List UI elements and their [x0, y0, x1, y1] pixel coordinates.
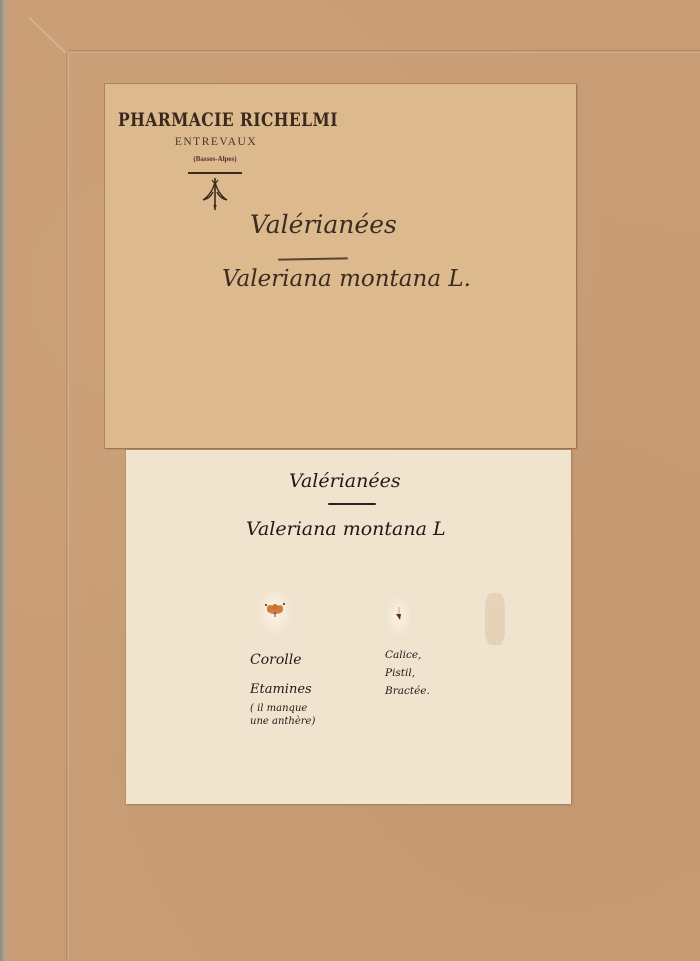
label-corolla: Corolle	[250, 653, 302, 667]
label-calyx-pistil-bract: Calice, Pistil, Bractée.	[385, 646, 430, 700]
pharmacy-town: ENTREVAUX	[170, 136, 262, 148]
embossed-frame-top	[68, 50, 700, 53]
label-missing-anther: ( il manque une anthère)	[250, 702, 315, 728]
pharmacy-region: (Basses-Alpes)	[180, 155, 250, 163]
calyx-specimen-icon	[392, 606, 406, 624]
flower-specimen-icon	[264, 602, 286, 618]
label-stamens: Etamines	[250, 683, 312, 697]
envelope-family-name: Valérianées	[250, 210, 397, 239]
sheet-underline	[328, 503, 376, 505]
sheet-family-name: Valérianées	[289, 470, 401, 492]
pharmacy-name: PHARMACIE RICHELMI	[118, 109, 277, 131]
ornament-icon	[201, 176, 229, 212]
letterhead-rule	[188, 172, 242, 174]
specimen-patch-bract	[485, 593, 505, 645]
envelope-species-name: Valeriana montana L.	[222, 266, 471, 292]
embossed-frame-left	[66, 52, 69, 961]
board-edge	[0, 0, 7, 961]
sheet-species-name: Valeriana montana L	[246, 518, 446, 540]
